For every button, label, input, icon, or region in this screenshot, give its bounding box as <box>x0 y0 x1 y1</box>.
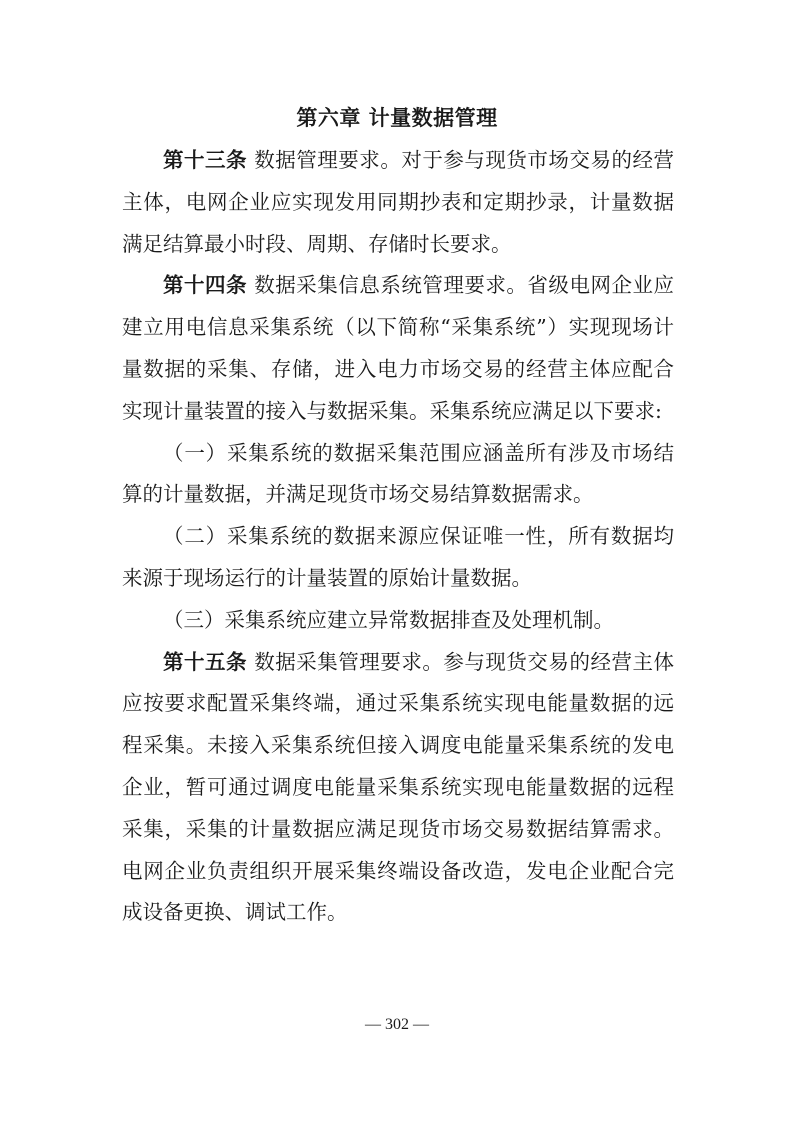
document-page: 第六章 计量数据管理 第十三条数据管理要求。对于参与现货市场交易的经营主体，电网… <box>0 0 794 1123</box>
article-13-paragraph: 第十三条数据管理要求。对于参与现货市场交易的经营主体，电网企业应实现发用同期抄表… <box>122 140 674 265</box>
list-item-text: （三）采集系统应建立异常数据排查及处理机制。 <box>163 608 614 632</box>
list-item-1: （一）采集系统的数据采集范围应涵盖所有涉及市场结算的计量数据，并满足现货市场交易… <box>122 433 674 517</box>
chapter-title: 第六章 计量数据管理 <box>0 100 794 136</box>
list-item-text: （一）采集系统的数据采集范围应涵盖所有涉及市场结算的计量数据，并满足现货市场交易… <box>122 441 674 507</box>
article-number: 第十五条 <box>163 650 247 674</box>
list-item-text: （二）采集系统的数据来源应保证唯一性，所有数据均来源于现场运行的计量装置的原始计… <box>122 524 674 590</box>
article-14-paragraph: 第十四条数据采集信息系统管理要求。省级电网企业应建立用电信息采集系统（以下简称“… <box>122 265 674 432</box>
body-text: 第十三条数据管理要求。对于参与现货市场交易的经营主体，电网企业应实现发用同期抄表… <box>122 140 674 934</box>
article-15-paragraph: 第十五条数据采集管理要求。参与现货交易的经营主体应按要求配置采集终端，通过采集系… <box>122 642 674 935</box>
list-item-2: （二）采集系统的数据来源应保证唯一性，所有数据均来源于现场运行的计量装置的原始计… <box>122 516 674 600</box>
list-item-3: （三）采集系统应建立异常数据排查及处理机制。 <box>122 600 674 642</box>
article-number: 第十三条 <box>163 148 247 172</box>
article-number: 第十四条 <box>163 273 247 297</box>
article-text: 数据采集管理要求。参与现货交易的经营主体应按要求配置采集终端，通过采集系统实现电… <box>122 650 674 925</box>
page-number: — 302 — <box>0 1016 794 1034</box>
